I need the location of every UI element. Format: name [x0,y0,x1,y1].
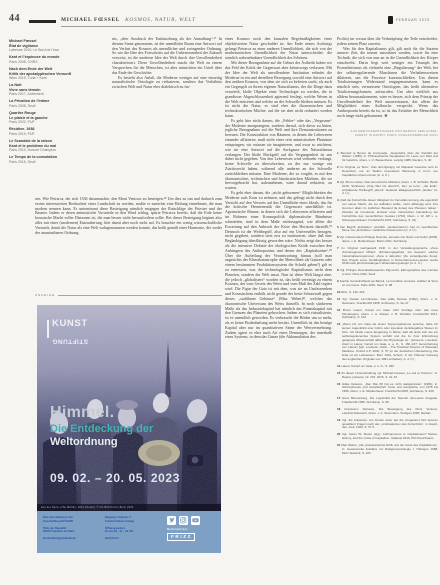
footnote-number: 19 [337,418,340,422]
page-number: 44 [9,13,20,24]
ad-title-block: Himmel. Die Entdeckung der Weltordnung [50,405,153,448]
kunststiftung-logo: KUNST STIFTUNG [52,319,88,345]
work-publisher: Latresne 2010, Le Bord de l’eau [9,48,104,52]
footnote-number: 7 [337,246,339,250]
footnote-text: Sophie Gosselin/David gé Bartoli, La Con… [340,279,438,287]
footnote: 2 Im Original „la Terre“. Das durchgängi… [337,166,438,178]
text-column-wide: sen. Wie Petrarca, der sich 1336 daranma… [35,197,222,294]
bibliography-entry: État de vigilance Latresne 2010, Le Bord… [9,44,104,53]
footnote-text: Vgl. insbesondere Philippe Descola, Jens… [340,235,438,243]
footnote-number: 14 [337,364,340,368]
footnote-number: 10 [337,290,340,294]
footnote: 7 Im Original nachgestellt ZAD: in der V… [337,247,438,266]
footnote: 4 „Daß die Fortschritte dieser Fähigkeit… [337,199,438,222]
body-paragraph: Es geht hier nicht darum, die „Fehler“ o… [225,119,332,191]
frizz-logo: FRIZZ [167,533,195,541]
footnote: 19 Vgl. die Antworten von Dorian Astor a… [337,419,438,431]
footnote: 15 Zu dieser Unterscheidung vgl. Michaël… [337,372,438,380]
footnote-number: 20 [337,432,340,436]
ad-social-block: Medienpartner: FRIZZ [167,516,215,553]
body-paragraph: Was für den Kapitalismus gilt, gilt auch… [337,47,438,119]
running-head: MICHAEL FŒSSEL KOSMOS, NATUR, WELT [61,17,196,23]
footnote-text: Vgl. die Antworten von Dorian Astor auf … [342,418,438,430]
footnote: 8 Vgl. Philippe Descola/Alessandro Pigno… [337,269,438,277]
work-publisher: Paris 2008, Seuil [9,104,104,108]
issue-date: FEBRUAR 2023 [396,18,430,22]
footnote-text: Der Begriff „Extraktion“ (wörtlich „Hera… [340,225,438,233]
footnote-text: Bernard le Bovier de Fontenelle, „Gesprä… [341,151,438,163]
footnote: 6 Vgl. insbesondere Philippe Descola, Je… [337,236,438,244]
twitter-icon [167,516,176,525]
footnote-number: 13 [337,322,340,326]
body-paragraph: Es geht eher darum, die „nicht geborenen… [225,191,332,340]
bibliography-list: État de vigilance Latresne 2010, Le Bord… [9,44,104,165]
credit-line: ZUERST IN ESPRIT, PARIS (JANUAR/FEBRUAR … [337,134,438,138]
footnote: 17 Hans Blumenberg, Die Legitimität der … [337,397,438,405]
footnote: 9 Sophie Gosselin/David gé Bartoli, La C… [337,280,438,288]
instagram-icon [179,516,188,525]
footnote-text: Max Weber, „Die protestantische Ethik un… [341,443,438,455]
footnote-number: 16 [337,382,340,386]
youtube-icon [191,516,200,525]
footnote-text: Vgl. Claude Lévi-Strauss, Das wilde Denk… [342,297,438,305]
bibliography-entry: La Nuit Vivre sans témoin Paris 2017, Au… [9,83,104,96]
footnote-text: Im Original nachgestellt ZAD: in der Ver… [341,246,438,265]
footnote: 21 Max Weber, „Die protestantische Ethik… [337,444,438,456]
header-rule-thin [61,26,243,27]
work-publisher: Paris 2015, Seuil [9,160,104,164]
footnote-text: „Daß die Fortschritte dieser Fähigkeit z… [340,198,438,221]
footnote-number: 2 [337,165,339,169]
footnote-number: 8 [337,268,339,272]
bibliography-entry: Quartier Rouge Le plaisir et la gauche P… [9,111,104,124]
text-column-1: nis, „eher Ausdruck der Enttäuschung als… [112,37,222,197]
footnote-text: Vgl. Philippe Descola/Alessandro Pignocc… [340,268,438,276]
footnote: 10 Ebd., S. 140–164 [337,291,438,295]
ad-visitor-info: Eingang: Cityhaus 1 Friedrich-Ebert-Anla… [105,516,167,553]
body-paragraph: nis, „eher Ausdruck der Enttäuschung als… [112,37,222,76]
work-publisher: Paris 2017, Autrement [9,92,104,96]
translator-credit: AUS DEM FRANZÖSISCHEN VON MARKUS SEDLACZ… [337,130,438,138]
bibliography-entry: Kant et l’équinoxe du monde Paris 2008, … [9,55,104,64]
footnote: 18 Francesco Petrarca, Die Besteigung de… [337,408,438,416]
anzeige-row: ANZEIGE [35,293,222,297]
bibliography-entry: Nach dem Ende der Welt Kritik der apokal… [9,67,104,80]
header-rule-thick [29,20,56,23]
footnote-number: 18 [337,407,340,411]
ad-address: Eine Ausstellung in der Kunststiftung DZ… [43,516,105,553]
footnote: 11 Vgl. Claude Lévi-Strauss, Das wilde D… [337,298,438,306]
ad-subtitle-line1: Die Entdeckung der [50,424,153,435]
footnote-list: 1 Bernard le Bovier de Fontenelle, „Gesp… [337,152,438,456]
anzeige-label: ANZEIGE [35,293,55,297]
work-publisher: Wien 2019, Turia + Kant [9,76,104,80]
bibliography-entry: Le Scandale de la raison Kant et le prob… [9,139,104,152]
medienpartner-label: Medienpartner: [167,528,188,531]
footnote-number: 6 [337,235,339,239]
body-paragraph: Es besteht also Anlaß, die Moderne wenig… [112,76,222,90]
author-name: MICHAEL FŒSSEL [61,17,120,23]
footnote-text: Francesco Petrarca, Die Besteigung des M… [342,407,438,415]
footnote-text: Gilles Deleuze, „Den Mai 68 hat es nicht… [342,382,438,394]
footnote: 5 Der Begriff „Extraktion“ (wörtlich „He… [337,226,438,234]
footnote-number: 3 [337,180,339,184]
footnote-number: 15 [337,371,340,375]
footnote-number: 17 [337,396,340,400]
footnote-text: Im Original „la Terre“. Das durchgängig … [340,165,438,177]
footnote-number: 12 [337,308,340,312]
logo-word-stiftung: STIFTUNG [52,337,88,343]
ad-photo: KUNST STIFTUNG Himmel. Die Entdeckung de… [37,305,221,511]
footnote: 14 Latour, Kampf um Gaia, a. a. O., S. 1… [337,365,438,369]
ad-title: Himmel. [50,405,153,421]
issue-info: FEBRUAR 2023 [388,16,430,24]
column-3-body: Profits) im voraus über die Verknüpfung … [337,37,438,119]
bibliography-entry: Récidive. 1938 Paris 2019, PUF [9,127,104,136]
footnote-number: 5 [337,225,339,229]
work-publisher: Paris 2010, Honoré Champion [9,148,104,152]
logo-bar [47,320,49,338]
footnote-text: Zu dieser Unterscheidung vgl. Michaël Fœ… [341,371,438,379]
footnote: 3 Vgl. Bruno Latour, Das terrestrische M… [337,181,438,196]
footnote: 13 „Wenn ich von Gaia als einem Superorg… [337,323,438,361]
footnote-text: Vgl. Jason W. Moore (Hg.), Anthropocene … [342,432,438,440]
ad-image-caption: Aus der Serie »The World«, 2012 (Detail)… [37,504,221,511]
social-icons [167,516,200,525]
footnote-number: 21 [337,443,340,447]
anzeige-rule [58,295,222,296]
merkur-logo-icon [388,16,393,24]
ad-info-band: Eine Ausstellung in der Kunststiftung DZ… [37,511,221,553]
body-paragraph: sen. Wie Petrarca, der sich 1336 daranma… [35,197,222,236]
essay-title: KOSMOS, NATUR, WELT [125,17,196,23]
exhibition-ad: KUNST STIFTUNG Himmel. Die Entdeckung de… [37,305,221,553]
text-column-2: eines Kosmos noch den kausalen Regelmäßi… [225,37,332,583]
bibliography-entry: Le Temps de la consolation Paris 2015, S… [9,155,104,164]
ad-subtitle-line2: Weltordnung [50,437,153,448]
footnote-text: „Wenn ich von Gaia als einem Superorgani… [342,322,438,361]
footnote: 1 Bernard le Bovier de Fontenelle, „Gesp… [337,152,438,164]
work-publisher: Paris 2008, CNRS [9,60,104,64]
footnote: 16 Gilles Deleuze, „Den Mai 68 hat es ni… [337,383,438,395]
footnote-number: 11 [337,297,340,301]
body-paragraph: eines Kosmos noch den kausalen Regelmäßi… [225,37,332,61]
body-paragraph: Mit dieser Bezugnahme auf die Geburt der… [225,61,332,119]
magazine-page: 44 MICHAEL FŒSSEL KOSMOS, NATUR, WELT FE… [0,0,440,585]
ad-dates: 09. 02. – 20. 05. 2023 [50,471,180,485]
footnote-text: Vgl. Bruno Latour, Das terrestrische Man… [340,180,438,196]
footnote-number: 1 [337,151,339,155]
work-publisher: Paris 2019, PUF [9,132,104,136]
bibliography-entry: La Privation de l’intime Paris 2008, Seu… [9,99,104,108]
footnote-text: Bruno Latour, Kampf um Gaia. Acht Vorträ… [342,308,438,320]
footnote: 20 Vgl. Jason W. Moore (Hg.), Anthropoce… [337,433,438,441]
footnote-text: Latour, Kampf um Gaia, a. a. O., S. 180 [341,364,394,368]
logo-word-kunst: KUNST [52,319,88,329]
footnote-text: Hans Blumenberg, Die Legitimität der Neu… [342,396,438,404]
footnote-number: 9 [337,279,339,283]
work-publisher: Paris 2022, PUF [9,120,104,124]
footnote: 12 Bruno Latour, Kampf um Gaia. Acht Vor… [337,309,438,321]
bibliography-sidebar: Michael Fœssel État de vigilance Latresn… [9,39,104,167]
text-column-3: Profits) im voraus über die Verknüpfung … [337,37,438,583]
footnote-text: Ebd., S. 140–164 [341,290,364,294]
footnote-number: 4 [337,198,339,202]
